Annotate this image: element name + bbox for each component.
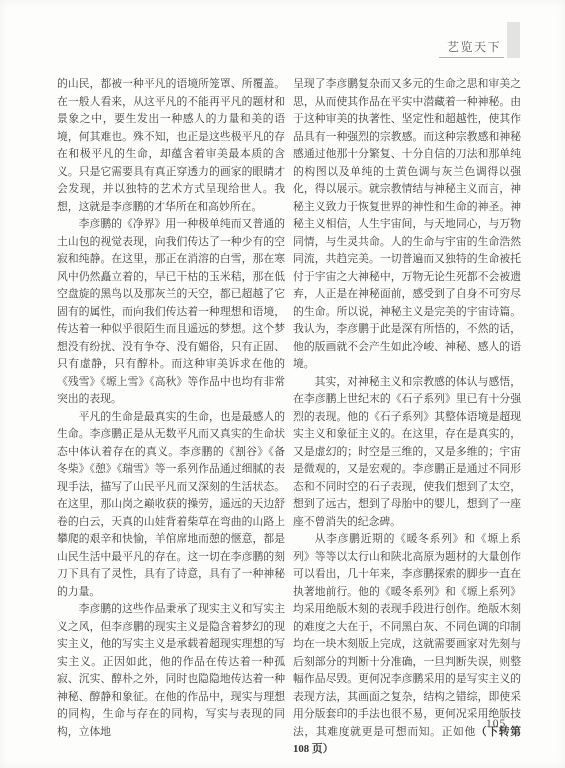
page-number: 105	[486, 718, 506, 730]
paragraph: 李彦鹏的这些作品秉承了现实主义和写实主义之风，但李彦鹏的现实主义是隐含着梦幻的现…	[57, 601, 285, 741]
paragraph: 平凡的生命是最真实的生命，也是最感人的生命。李彦鹏正是从无数平凡而又真实的生命状…	[57, 409, 285, 602]
paragraph: 李彦鹏的《净界》用一种极单纯而又普通的土山包的视觉表现，向我们传达了一种少有的空…	[57, 216, 285, 409]
text-column-right: 呈现了李彦鹏复杂而又多元的生命之思和审美之思，从而使其作品在平实中潜藏着一种神秘…	[293, 76, 521, 759]
section-title: 艺览天下	[439, 41, 504, 58]
paragraph: 其实，对神秘主义和宗教感的体认与感悟，在李彦鹏上世纪末的《石子系列》里已有十分强…	[293, 374, 521, 532]
article-body: 的山民，都被一种平凡的语境所笼罩、所覆盖。在一般人看来，从这平凡的不能再平凡的题…	[57, 76, 521, 759]
paragraph-continued-from-previous-page: 的山民，都被一种平凡的语境所笼罩、所覆盖。在一般人看来，从这平凡的不能再平凡的题…	[57, 76, 285, 216]
text-column-left: 的山民，都被一种平凡的语境所笼罩、所覆盖。在一般人看来，从这平凡的不能再平凡的题…	[57, 76, 285, 759]
header-accent-bar	[507, 22, 520, 58]
page-header: 艺览天下	[439, 22, 520, 58]
paragraph-continued-from-left-column: 呈现了李彦鹏复杂而又多元的生命之思和审美之思，从而使其作品在平实中潜藏着一种神秘…	[293, 76, 521, 374]
paragraph-text: 从李彦鹏近期的《暖冬系列》和《塬上系列》等等以太行山和陕北高原为题材的大量创作可…	[293, 533, 521, 738]
magazine-page: 艺览天下 的山民，都被一种平凡的语境所笼罩、所覆盖。在一般人看来，从这平凡的不能…	[0, 0, 565, 768]
